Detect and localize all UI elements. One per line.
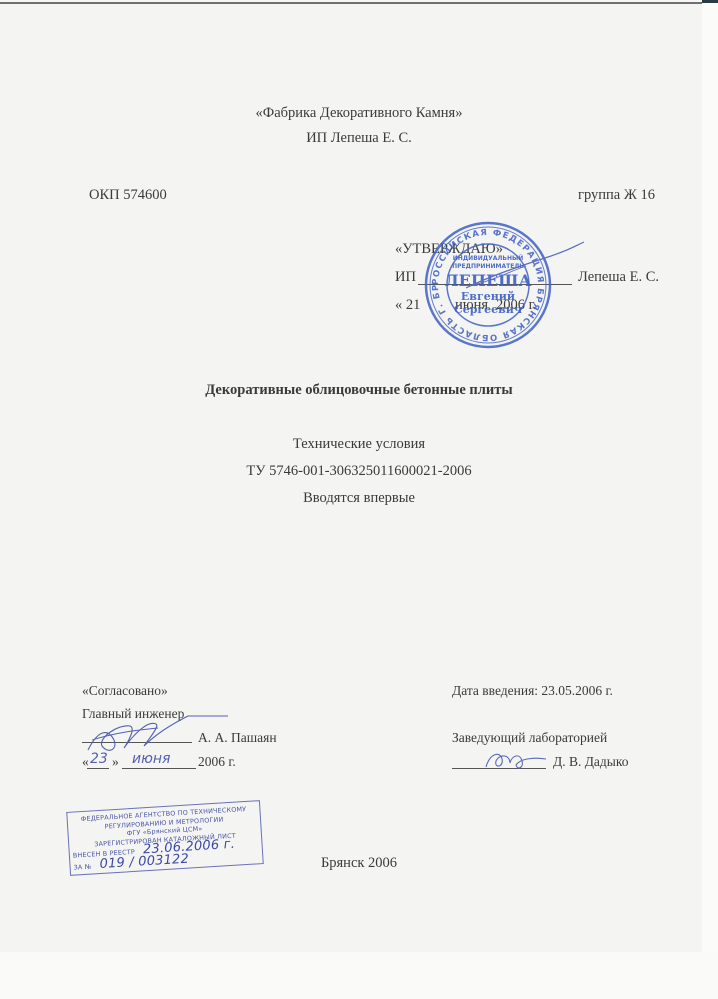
document-title: Декоративные облицовочные бетонные плиты [0, 383, 718, 398]
group-code: группа Ж 16 [578, 188, 655, 203]
agreed-signature [78, 710, 238, 760]
document-note: Вводятся впервые [0, 491, 718, 506]
lab-name: Д. В. Дадыко [553, 755, 628, 769]
document-subtitle: Технические условия [0, 437, 718, 452]
lab-signature [480, 745, 550, 775]
seal-patronymic: Сергеевич [454, 303, 522, 316]
owner-name: ИП Лепеша Е. С. [0, 131, 718, 146]
scan-edge-bottom [0, 952, 718, 999]
document-code: ТУ 5746-001-306325011600021-2006 [0, 464, 718, 479]
approval-signature [460, 236, 590, 296]
city-year: Брянск 2006 [0, 856, 718, 871]
agreed-day-line [87, 768, 109, 769]
approval-date-day: « 21 [395, 298, 420, 313]
introduction-date: Дата введения: 23.05.2006 г. [452, 684, 613, 698]
lab-position: Заведующий лабораторией [452, 731, 607, 745]
agreed-label: «Согласовано» [82, 684, 168, 698]
agreed-month-line [122, 768, 196, 769]
approval-position: ИП [395, 270, 416, 285]
approval-name: Лепеша Е. С. [578, 270, 659, 285]
okp-code: ОКП 574600 [89, 188, 167, 203]
company-name: «Фабрика Декоративного Камня» [0, 106, 718, 121]
